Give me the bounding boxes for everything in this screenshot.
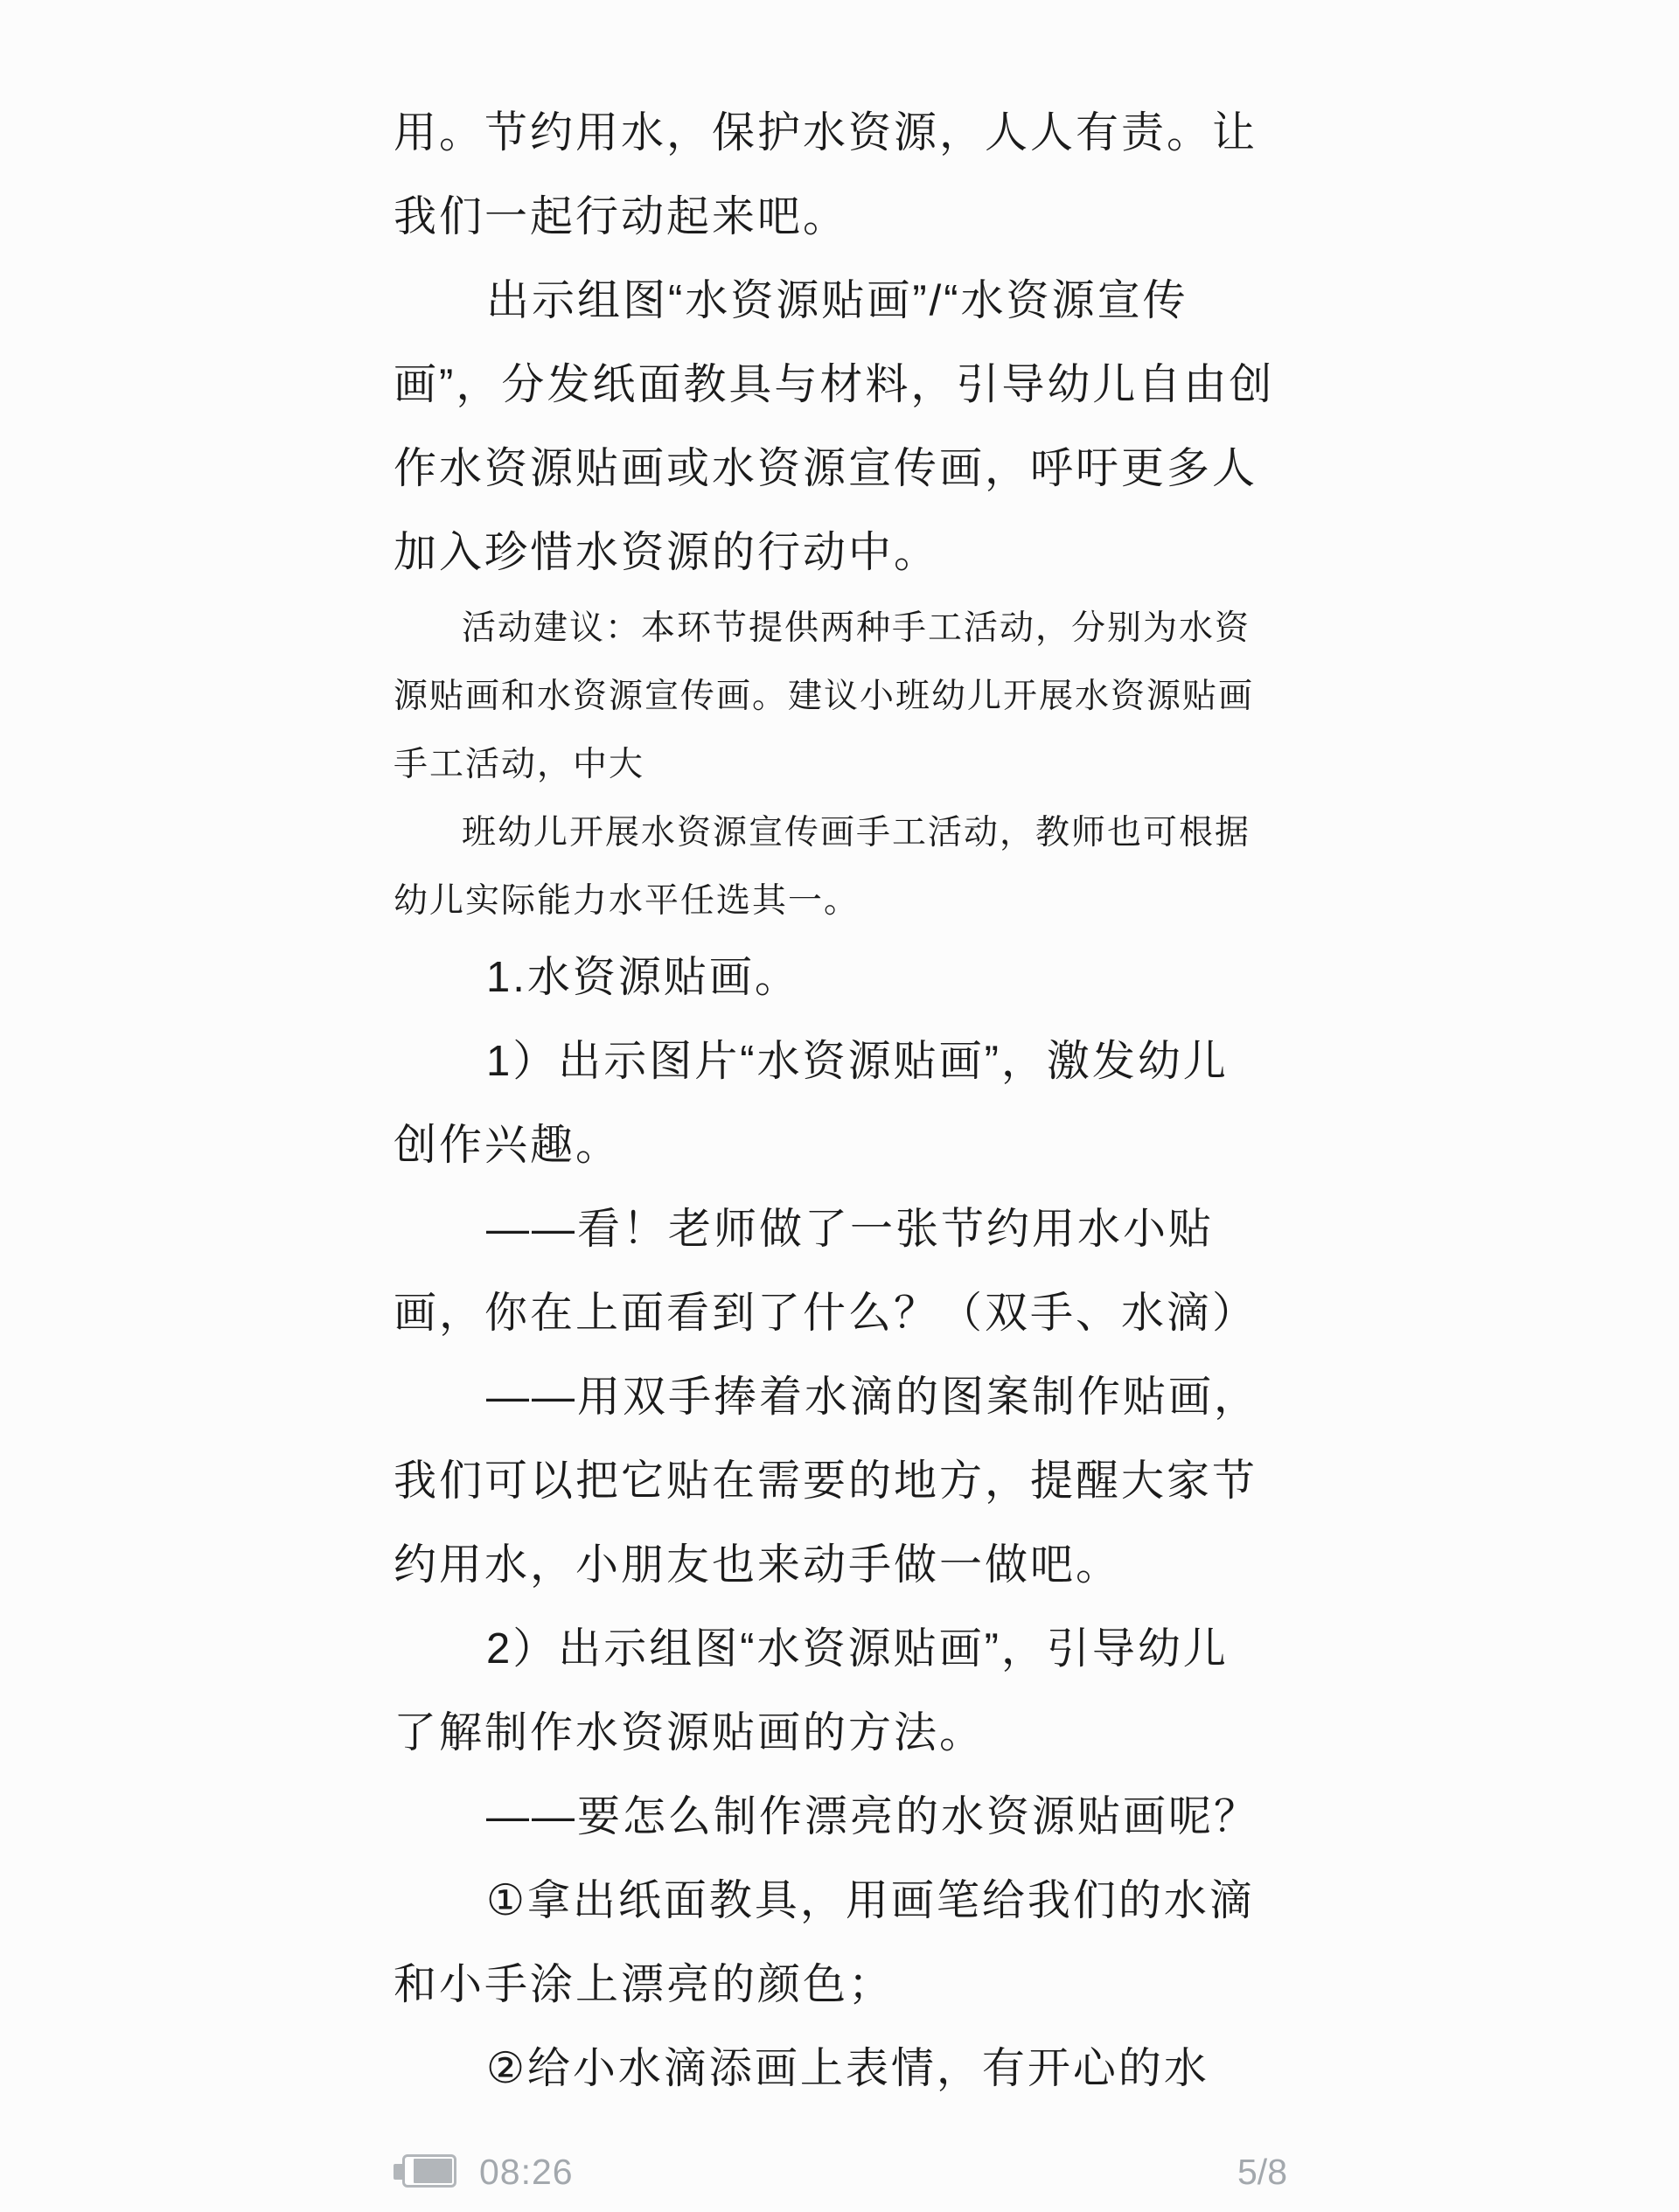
paragraph: ①拿出纸面教具，用画笔给我们的水滴 和小手涂上漂亮的颜色； xyxy=(394,1859,1294,2027)
paragraph-note: 班幼儿开展水资源宣传画手工活动，教师也可根据 幼儿实际能力水平任选其一。 xyxy=(394,799,1294,936)
document-page: 用。节约用水，保护水资源，人人有责。让 我们一起行动起来吧。 出示组图“水资源贴… xyxy=(0,0,1679,2212)
text-line: 画”，分发纸面教具与材料，引导幼儿自由创 xyxy=(394,343,1294,427)
paragraph: ——用双手捧着水滴的图案制作贴画， 我们可以把它贴在需要的地方，提醒大家节 约用… xyxy=(394,1355,1294,1607)
text-line: ——用双手捧着水滴的图案制作贴画， xyxy=(394,1355,1294,1439)
text-line: 2）出示组图“水资源贴画”，引导幼儿 xyxy=(394,1607,1294,1691)
text-line: 了解制作水资源贴画的方法。 xyxy=(394,1691,1294,1775)
paragraph: 1.水资源贴画。 xyxy=(394,936,1294,1019)
text-line: 活动建议：本环节提供两种手工活动，分别为水资 xyxy=(394,595,1294,663)
text-line: ——看！老师做了一张节约用水小贴 xyxy=(394,1187,1294,1271)
text-line: 用。节约用水，保护水资源，人人有责。让 xyxy=(394,91,1294,175)
text-line: 和小手涂上漂亮的颜色； xyxy=(394,1943,1294,2027)
text-line: 加入珍惜水资源的行动中。 xyxy=(394,511,1294,595)
paragraph: ②给小水滴添画上表情，有开心的水 xyxy=(394,2027,1294,2111)
text-line: 画，你在上面看到了什么？（双手、水滴） xyxy=(394,1271,1294,1355)
text-line: 幼儿实际能力水平任选其一。 xyxy=(394,867,1294,936)
text-line: 出示组图“水资源贴画”/“水资源宣传 xyxy=(394,259,1294,343)
text-line: 我们一起行动起来吧。 xyxy=(394,175,1294,259)
text-line: 1.水资源贴画。 xyxy=(394,936,1294,1019)
paragraph: 1）出示图片“水资源贴画”，激发幼儿 创作兴趣。 xyxy=(394,1019,1294,1187)
text-line: 源贴画和水资源宣传画。建议小班幼儿开展水资源贴画 xyxy=(394,663,1294,731)
text-line: 1）出示图片“水资源贴画”，激发幼儿 xyxy=(394,1019,1294,1103)
paragraph: 2）出示组图“水资源贴画”，引导幼儿 了解制作水资源贴画的方法。 xyxy=(394,1607,1294,1775)
text-line: ②给小水滴添画上表情，有开心的水 xyxy=(394,2027,1294,2111)
page-indicator: 5/8 xyxy=(1237,2152,1287,2193)
paragraph: ——要怎么制作漂亮的水资源贴画呢？ xyxy=(394,1775,1294,1859)
text-line: 作水资源贴画或水资源宣传画，呼吁更多人 xyxy=(394,427,1294,511)
paragraph: 用。节约用水，保护水资源，人人有责。让 我们一起行动起来吧。 xyxy=(394,91,1294,259)
text-line: ——要怎么制作漂亮的水资源贴画呢？ xyxy=(394,1775,1294,1859)
clock-time: 08:26 xyxy=(479,2152,574,2193)
text-line: 手工活动，中大 xyxy=(394,731,1294,799)
paragraph: ——看！老师做了一张节约用水小贴 画，你在上面看到了什么？（双手、水滴） xyxy=(394,1187,1294,1355)
reader-footer: 08:26 5/8 xyxy=(394,2149,1287,2195)
text-line: 我们可以把它贴在需要的地方，提醒大家节 xyxy=(394,1439,1294,1523)
battery-icon xyxy=(394,2154,460,2189)
text-line: 创作兴趣。 xyxy=(394,1103,1294,1187)
battery-fill xyxy=(414,2159,452,2183)
text-line: 班幼儿开展水资源宣传画手工活动，教师也可根据 xyxy=(394,799,1294,867)
footer-status: 08:26 xyxy=(394,2152,574,2193)
paragraph: 出示组图“水资源贴画”/“水资源宣传 画”，分发纸面教具与材料，引导幼儿自由创 … xyxy=(394,259,1294,595)
text-line: 约用水，小朋友也来动手做一做吧。 xyxy=(394,1523,1294,1607)
document-content[interactable]: 用。节约用水，保护水资源，人人有责。让 我们一起行动起来吧。 出示组图“水资源贴… xyxy=(394,91,1294,2111)
battery-shell xyxy=(402,2154,456,2188)
paragraph-note: 活动建议：本环节提供两种手工活动，分别为水资 源贴画和水资源宣传画。建议小班幼儿… xyxy=(394,595,1294,799)
text-line: ①拿出纸面教具，用画笔给我们的水滴 xyxy=(394,1859,1294,1943)
